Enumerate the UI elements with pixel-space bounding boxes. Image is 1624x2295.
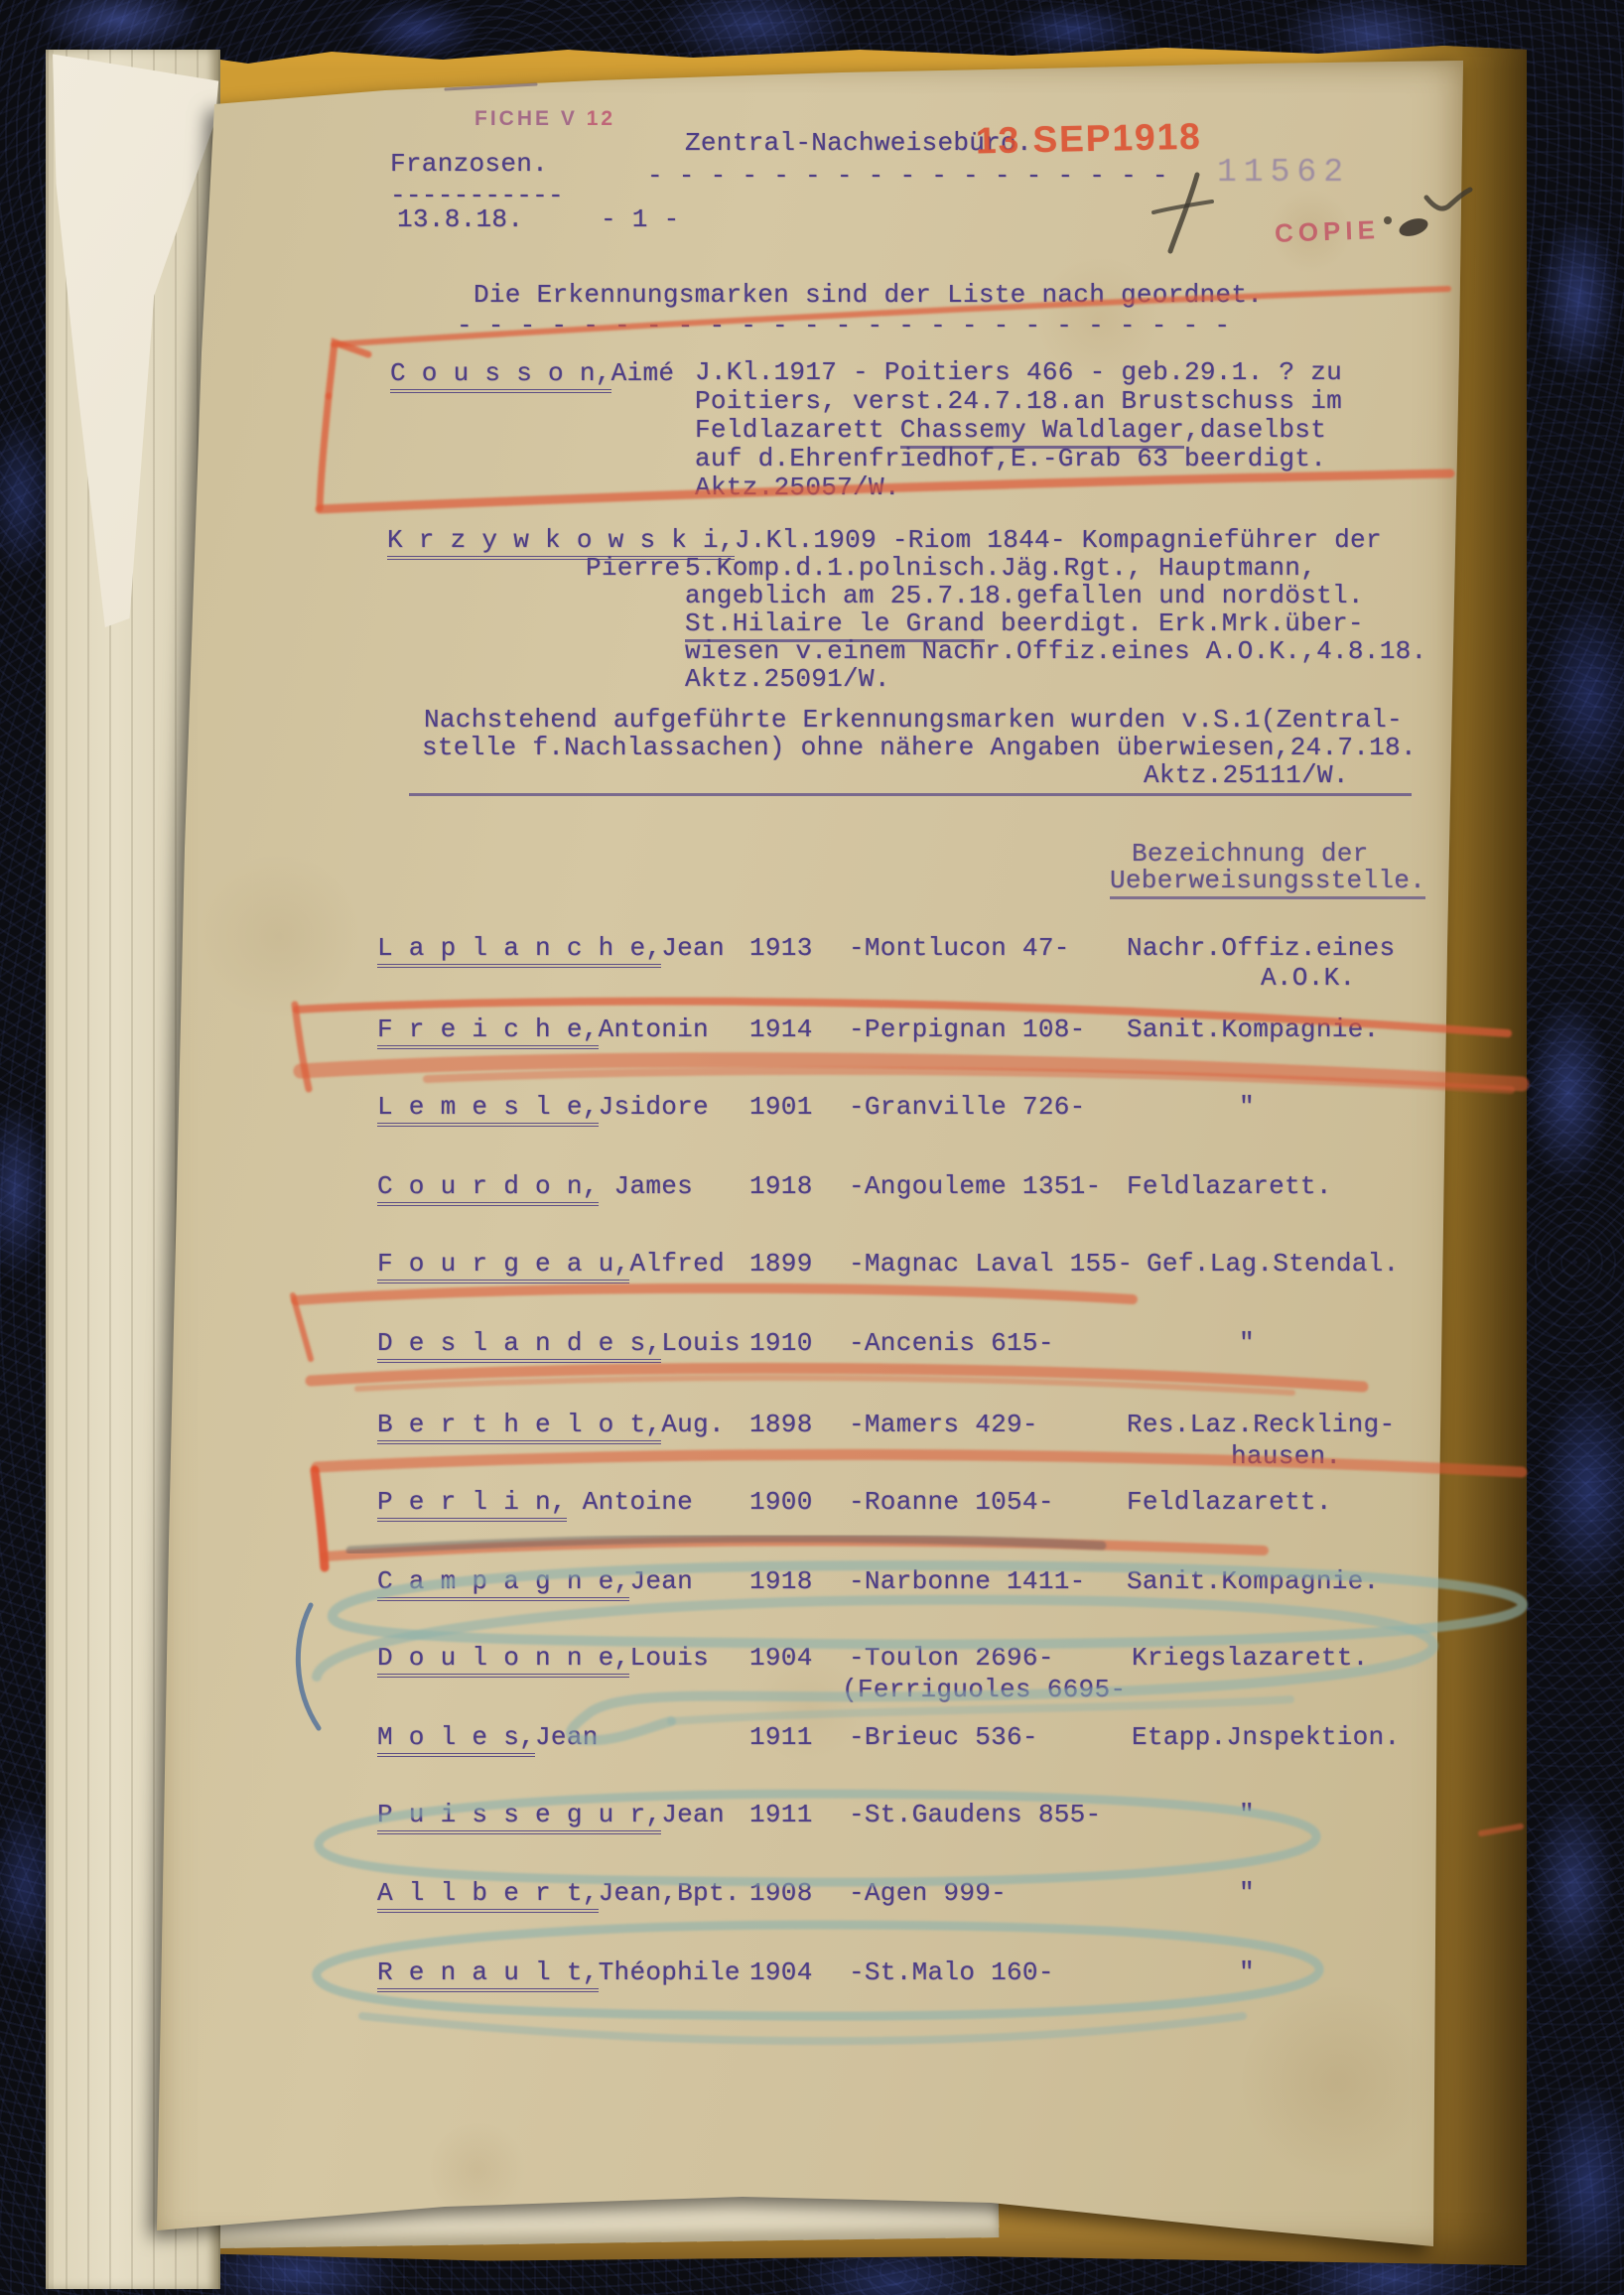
list-row: P e r l i n, Antoine 1900 -Roanne 1054- … [147, 1487, 1469, 1551]
tag-number: -Toulon 2696- [849, 1643, 1054, 1673]
transfer-office: Kriegslazarett. [1132, 1643, 1369, 1673]
given-name: Théophile [599, 1957, 741, 1987]
ditto-mark: " [1239, 1878, 1255, 1908]
transfer-office: Feldlazarett. [1127, 1171, 1332, 1201]
class-year: 1918 [749, 1171, 813, 1201]
class-year: 1898 [749, 1410, 813, 1439]
intro-underline: - - - - - - - - - - - - - - - - - - - - … [457, 311, 1230, 340]
name-cell: F o u r g e a u,Alfred [377, 1249, 725, 1279]
transfer-office-line2: A.O.K. [1261, 963, 1355, 993]
list-row: R e n a u l t,Théophile 1904 -St.Malo 16… [147, 1957, 1469, 2021]
list-date: 13.8.18. [397, 204, 523, 234]
surname: P e r l i n, [377, 1487, 567, 1522]
given-name: James [599, 1171, 693, 1201]
name-cell: R e n a u l t,Théophile [377, 1957, 741, 1987]
list-row: F r e i c h e,Antonin 1914 -Perpignan 10… [147, 1014, 1469, 1078]
tag-number: -Perpignan 108- [849, 1014, 1086, 1044]
surname: F r e i c h e, [377, 1014, 599, 1049]
transfer-office-line2: hausen. [1231, 1441, 1341, 1471]
ditto-mark: " [1239, 1328, 1255, 1358]
class-year: 1904 [749, 1957, 813, 1987]
record-line: angeblich am 25.7.18.gefallen und nordös… [685, 581, 1364, 610]
given-name: Aug. [661, 1410, 725, 1439]
record-line-part: J.Kl.1909 -Riom 1844- Kompagnieführer de… [735, 525, 1382, 555]
given-name: Jean,Bpt. [599, 1878, 741, 1908]
name-cell: F r e i c h e,Antonin [377, 1014, 709, 1044]
surname: L a p l a n c h e, [377, 933, 661, 968]
tag-number: -St.Malo 160- [849, 1957, 1054, 1987]
tag-number: -Agen 999- [849, 1878, 1007, 1908]
tag-number: -Angouleme 1351- [849, 1171, 1101, 1201]
name-cell: L e m e s l e,Jsidore [377, 1092, 709, 1122]
given-name: Jsidore [599, 1092, 709, 1122]
list-row: L e m e s l e,Jsidore 1901 -Granville 72… [147, 1092, 1469, 1155]
list-row: C o u r d o n, James 1918 -Angouleme 135… [147, 1171, 1469, 1235]
class-year: 1914 [749, 1014, 813, 1044]
tag-number: -Magnac Laval 155- [849, 1249, 1133, 1279]
given-name: Jean [535, 1722, 599, 1752]
name-cell: L a p l a n c h e,Jean [377, 933, 725, 963]
record-line: Aktz.25091/W. [685, 664, 890, 694]
transfer-office: Etapp.Jnspektion. [1132, 1722, 1400, 1752]
record-line: auf d.Ehrenfriedhof,E.-Grab 63 beerdigt. [695, 444, 1326, 473]
surname: F o u r g e a u, [377, 1249, 629, 1283]
list-row: D o u l o n n e,Louis 1904 -Toulon 2696-… [147, 1643, 1469, 1706]
surname: B e r t h e l o t, [377, 1410, 661, 1444]
list-row: D e s l a n d e s,Louis 1910 -Ancenis 61… [147, 1328, 1469, 1392]
list-row: A l l b e r t,Jean,Bpt. 1908 -Agen 999- … [147, 1878, 1469, 1942]
name-cell: C o u r d o n, James [377, 1171, 693, 1201]
list-row: P u i s s e g u r,Jean 1911 -St.Gaudens … [147, 1800, 1469, 1863]
ditto-mark: " [1239, 1957, 1255, 1987]
notice-file-number: Aktz.25111/W. [1144, 760, 1349, 790]
intro-line: Die Erkennungsmarken sind der Liste nach… [474, 280, 1263, 310]
surname: A l l b e r t, [377, 1878, 599, 1913]
office-title-underline: - - - - - - - - - - - - - - - - - [647, 161, 1168, 191]
given-name: Jean [661, 933, 725, 963]
class-year: 1911 [749, 1722, 813, 1752]
fiche-stamp: FICHE V 12 [474, 107, 615, 131]
list-row: C a m p a g n e,Jean 1918 -Narbonne 1411… [147, 1566, 1469, 1630]
record-line-part: ,daselbst [1184, 415, 1326, 445]
list-row: L a p l a n c h e,Jean 1913 -Montlucon 4… [147, 933, 1469, 997]
tag-number-line2: (Ferriguoles 6695- [842, 1675, 1126, 1704]
scanned-document-page: FICHE V 12 Zentral-Nachweisebüro. - - - … [0, 0, 1624, 2295]
column-header: Ueberweisungsstelle. [1110, 866, 1425, 895]
class-year: 1908 [749, 1878, 813, 1908]
record-line: St.Hilaire le Grand beerdigt. Erk.Mrk.üb… [685, 608, 1364, 638]
document-paper: FICHE V 12 Zentral-Nachweisebüro. - - - … [147, 55, 1469, 2258]
record-line: J.Kl.1917 - Poitiers 466 - geb.29.1. ? z… [695, 357, 1342, 387]
class-year: 1899 [749, 1249, 813, 1279]
given-name: Louis [661, 1328, 741, 1358]
tag-number: -Narbonne 1411- [849, 1566, 1086, 1596]
record-krzywkowski-name: K r z y w k o w s k i,J.Kl.1909 -Riom 18… [387, 525, 1382, 555]
record-line: Poitiers, verst.24.7.18.an Brustschuss i… [695, 386, 1342, 416]
list-row: F o u r g e a u,Alfred 1899 -Magnac Lava… [147, 1249, 1469, 1312]
column-header: Bezeichnung der [1132, 839, 1369, 869]
surname: R e n a u l t, [377, 1957, 599, 1992]
notice-rule [409, 793, 1412, 796]
name-cell: M o l e s,Jean [377, 1722, 599, 1752]
nationality-label: Franzosen. [390, 149, 548, 179]
surname: D e s l a n d e s, [377, 1328, 661, 1363]
surname: K r z y w k o w s k i, [387, 525, 735, 560]
column-header-underlined: Ueberweisungsstelle. [1110, 866, 1425, 899]
list-row: B e r t h e l o t,Aug. 1898 -Mamers 429-… [147, 1410, 1469, 1473]
tag-number: -Ancenis 615- [849, 1328, 1054, 1358]
given-name: Antonin [599, 1014, 709, 1044]
name-cell: D e s l a n d e s,Louis [377, 1328, 741, 1358]
tag-number: -St.Gaudens 855- [849, 1800, 1101, 1829]
transfer-office: Nachr.Offiz.eines [1127, 933, 1395, 963]
transfer-office: Res.Laz.Reckling- [1127, 1410, 1395, 1439]
record-cousson-name: C o u s s o n,Aimé [390, 358, 674, 388]
page-number: - 1 - [601, 204, 680, 234]
given-name: Jean [661, 1800, 725, 1829]
tag-number: -Brieuc 536- [849, 1722, 1038, 1752]
list-row: M o l e s,Jean 1911 -Brieuc 536- Etapp.J… [147, 1722, 1469, 1786]
surname: C o u s s o n, [390, 358, 611, 393]
record-line: Feldlazarett Chassemy Waldlager,daselbst [695, 415, 1326, 445]
received-date-stamp: 13 SEP1918 [976, 116, 1203, 163]
record-line-part: Feldlazarett [695, 415, 900, 445]
name-cell: A l l b e r t,Jean,Bpt. [377, 1878, 741, 1908]
transfer-office: Feldlazarett. [1127, 1487, 1332, 1517]
fiche-stamp-label: FICHE V [474, 107, 587, 130]
record-line-part: beerdigt. Erk.Mrk.über- [985, 608, 1364, 638]
name-cell: P e r l i n, Antoine [377, 1487, 693, 1517]
tag-number: -Montlucon 47- [849, 933, 1070, 963]
name-cell: P u i s s e g u r,Jean [377, 1800, 725, 1829]
transfer-office: Gef.Lag.Stendal. [1147, 1249, 1399, 1279]
record-line: Aktz.25057/W. [695, 472, 900, 502]
class-year: 1900 [749, 1487, 813, 1517]
surname: M o l e s, [377, 1722, 535, 1757]
given-name: Antoine [567, 1487, 693, 1517]
class-year: 1910 [749, 1328, 813, 1358]
name-cell: C a m p a g n e,Jean [377, 1566, 693, 1596]
register-number-stamp: 11562 [1217, 154, 1350, 191]
surname: D o u l o n n e, [377, 1643, 629, 1678]
surname: P u i s s e g u r, [377, 1800, 661, 1834]
class-year: 1918 [749, 1566, 813, 1596]
class-year: 1904 [749, 1643, 813, 1673]
ditto-mark: " [1239, 1092, 1255, 1122]
tag-number: -Roanne 1054- [849, 1487, 1054, 1517]
given-name: Aimé [611, 358, 675, 388]
given-name: Pierre [586, 553, 680, 583]
ditto-mark: " [1239, 1800, 1255, 1829]
notice-line: stelle f.Nachlassachen) ohne nähere Anga… [422, 733, 1417, 762]
copy-stamp: COPIE [1274, 214, 1380, 249]
tag-number: -Mamers 429- [849, 1410, 1038, 1439]
given-name: Louis [629, 1643, 709, 1673]
given-name: Alfred [629, 1249, 724, 1279]
class-year: 1913 [749, 933, 813, 963]
transfer-office: Sanit.Kompagnie. [1127, 1566, 1379, 1596]
class-year: 1901 [749, 1092, 813, 1122]
name-cell: B e r t h e l o t,Aug. [377, 1410, 725, 1439]
surname: L e m e s l e, [377, 1092, 599, 1127]
transfer-office: Sanit.Kompagnie. [1127, 1014, 1379, 1044]
surname: C a m p a g n e, [377, 1566, 629, 1601]
given-name: Jean [629, 1566, 693, 1596]
name-cell: D o u l o n n e,Louis [377, 1643, 709, 1673]
surname: C o u r d o n, [377, 1171, 599, 1206]
record-line: wiesen v.einem Nachr.Offiz.eines A.O.K.,… [685, 636, 1426, 666]
notice-line: Nachstehend aufgeführte Erkennungsmarken… [424, 705, 1403, 735]
record-line: 5.Komp.d.1.polnisch.Jäg.Rgt., Hauptmann, [685, 553, 1316, 583]
fiche-stamp-number: 12 [587, 107, 615, 130]
tag-number: -Granville 726- [849, 1092, 1086, 1122]
class-year: 1911 [749, 1800, 813, 1829]
